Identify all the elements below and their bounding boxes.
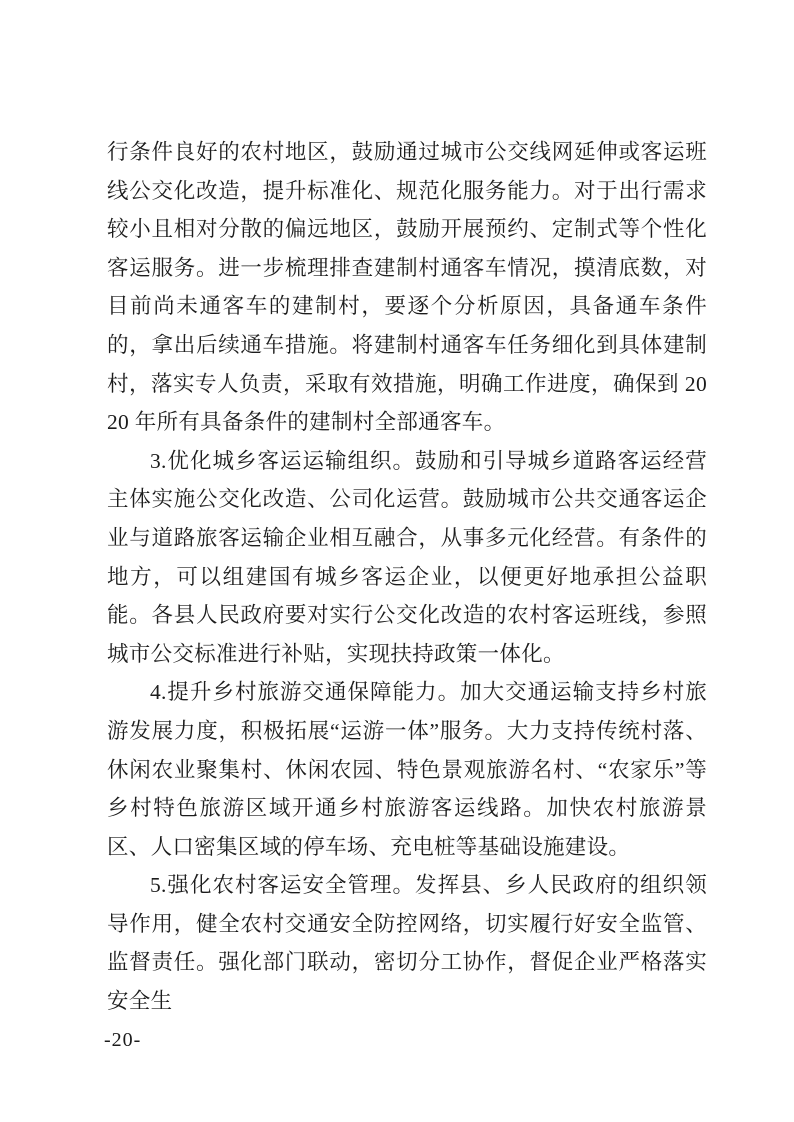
body-paragraph-continuation: 行条件良好的农村地区，鼓励通过城市公交线网延伸或客运班线公交化改造，提升标准化、… [107, 133, 707, 442]
page-number: -20- [104, 1026, 141, 1054]
document-page: 行条件良好的农村地区，鼓励通过城市公交线网延伸或客运班线公交化改造，提升标准化、… [0, 0, 794, 1122]
page-body: 行条件良好的农村地区，鼓励通过城市公交线网延伸或客运班线公交化改造，提升标准化、… [107, 133, 707, 1021]
body-paragraph-item-5: 5.强化农村客运安全管理。发挥县、乡人民政府的组织领导作用，健全农村交通安全防控… [107, 866, 707, 1020]
body-paragraph-item-4: 4.提升乡村旅游交通保障能力。加大交通运输支持乡村旅游发展力度，积极拓展“运游一… [107, 673, 707, 866]
body-paragraph-item-3: 3.优化城乡客运运输组织。鼓励和引导城乡道路客运经营主体实施公交化改造、公司化运… [107, 442, 707, 674]
